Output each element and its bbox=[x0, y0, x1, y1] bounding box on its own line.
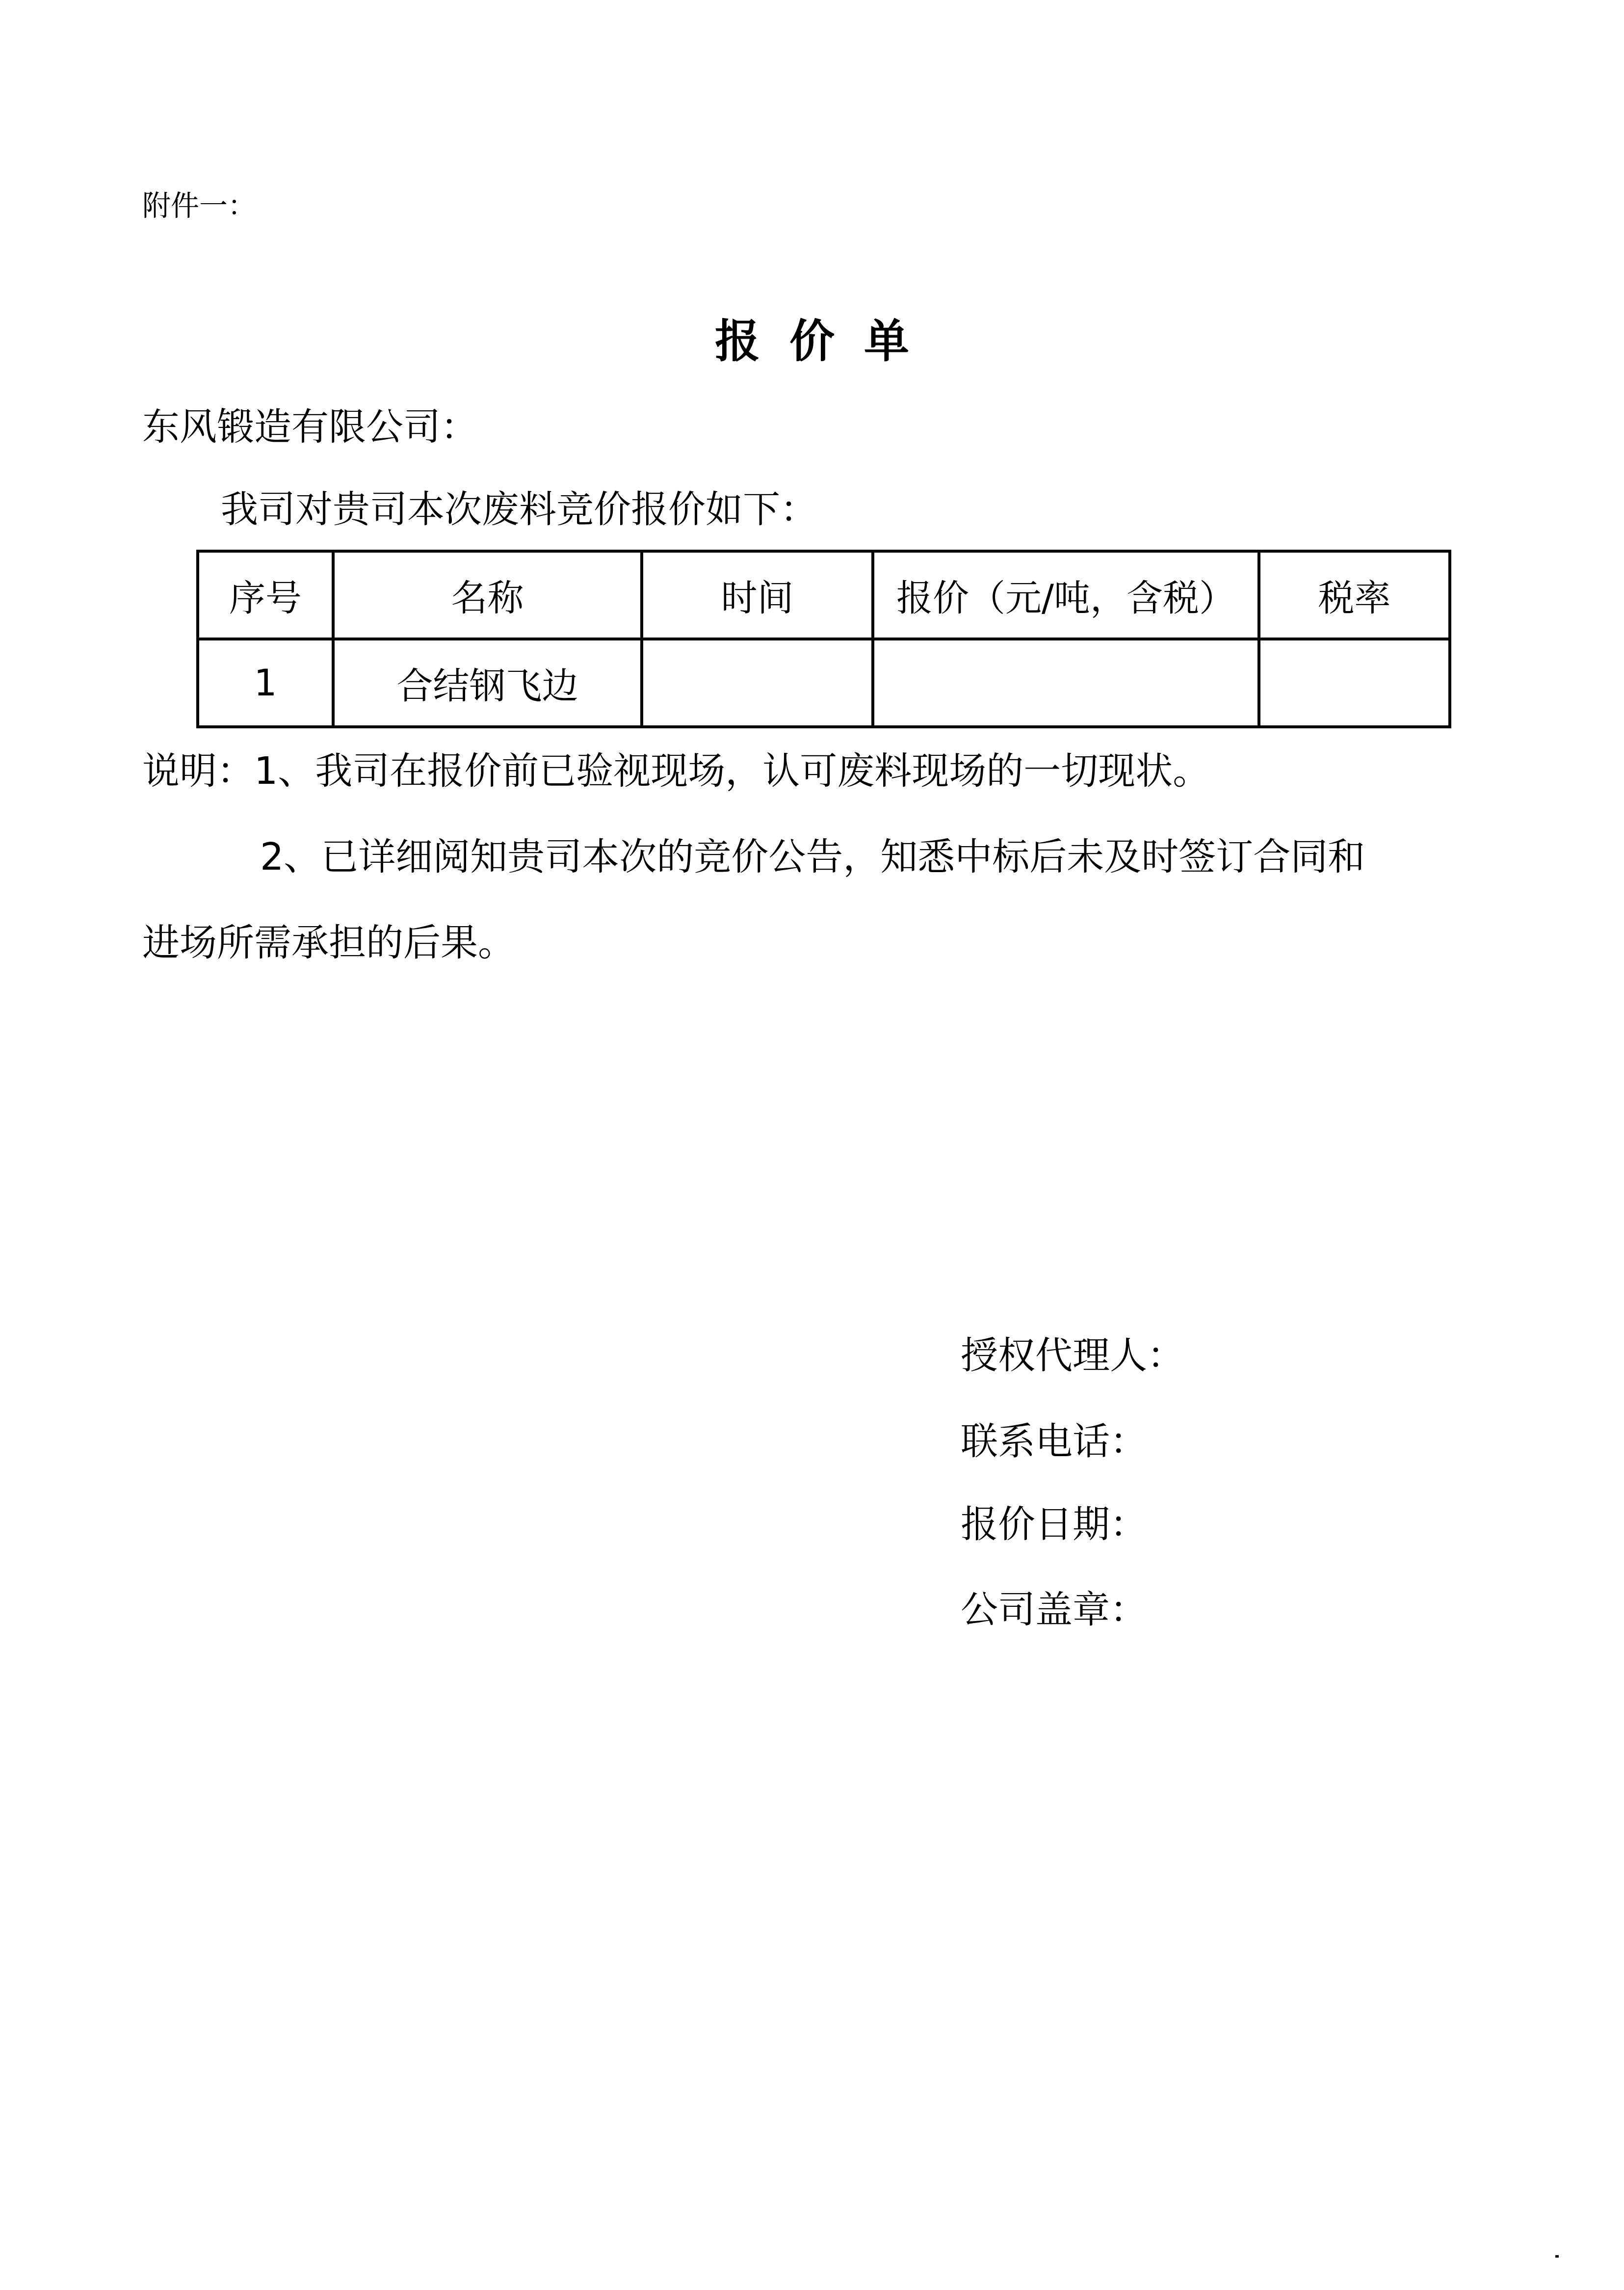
signature-phone-label: 联系电话： bbox=[961, 1423, 1147, 1460]
cell-name: 合结钢飞边 bbox=[333, 639, 642, 727]
cell-tax-rate[interactable] bbox=[1259, 639, 1450, 727]
page-title: 报价单 bbox=[0, 319, 1624, 364]
cell-time[interactable] bbox=[642, 639, 873, 727]
note-line-1: 说明：1、我司在报价前已验视现场，认可废料现场的一切现状。 bbox=[142, 752, 1210, 790]
attachment-label: 附件一： bbox=[142, 191, 256, 220]
intro-text: 我司对贵司本次废料竞价报价如下： bbox=[221, 491, 817, 528]
quote-table: 序号 名称 时间 报价（元/吨，含税） 税率 1 合结钢飞边 bbox=[196, 550, 1451, 728]
signature-date-label: 报价日期： bbox=[961, 1506, 1147, 1543]
note-line-2: 2、已详细阅知贵司本次的竞价公告，知悉中标后未及时签订合同和 bbox=[260, 838, 1365, 876]
note-line-3: 进场所需承担的后果。 bbox=[142, 924, 515, 961]
cell-index: 1 bbox=[198, 639, 333, 727]
header-price: 报价（元/吨，含税） bbox=[873, 551, 1259, 639]
signature-agent-label: 授权代理人： bbox=[961, 1337, 1184, 1374]
cell-price[interactable] bbox=[873, 639, 1259, 727]
header-index: 序号 bbox=[198, 551, 333, 639]
scan-speck bbox=[1555, 2255, 1559, 2258]
header-name: 名称 bbox=[333, 551, 642, 639]
table-header-row: 序号 名称 时间 报价（元/吨，含税） 税率 bbox=[198, 551, 1450, 639]
header-tax-rate: 税率 bbox=[1259, 551, 1450, 639]
table-row: 1 合结钢飞边 bbox=[198, 639, 1450, 727]
signature-seal-label: 公司盖章： bbox=[961, 1591, 1147, 1628]
addressee: 东风锻造有限公司： bbox=[142, 408, 478, 446]
header-time: 时间 bbox=[642, 551, 873, 639]
